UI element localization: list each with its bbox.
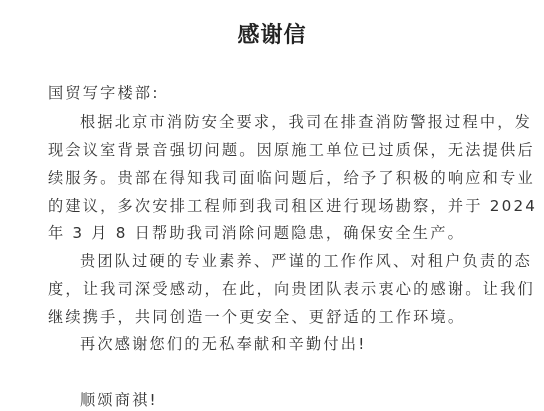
- paragraph-1-line-2: 现会议室背景音强切问题。因原施工单位已过质保，无法提供后: [48, 139, 535, 160]
- paragraph-1-line-5: 年 3 月 8 日帮助我司消除问题隐患，确保安全生产。: [48, 222, 465, 243]
- paragraph-2-line-3: 继续携手，共同创造一个更安全、更舒适的工作环境。: [48, 306, 465, 327]
- paragraph-1-line-1: 根据北京市消防安全要求，我司在排查消防警报过程中，发: [80, 111, 532, 132]
- paragraph-1-line-3: 续服务。贵部在得知我司面临问题后，给予了积极的响应和专业: [48, 167, 535, 188]
- paragraph-3-line-1: 再次感谢您们的无私奉献和辛勤付出!: [80, 333, 367, 354]
- closing: 顺颂商祺!: [80, 389, 158, 410]
- paragraph-2-line-1: 贵团队过硬的专业素养、严谨的工作作风、对租户负责的态: [80, 250, 532, 271]
- letter-title: 感谢信: [0, 18, 544, 49]
- paragraph-1-line-4: 的建议，多次安排工程师到我司租区进行现场勘察，并于 2024: [48, 195, 537, 216]
- paragraph-2-line-2: 度，让我司深受感动，在此，向贵团队表示衷心的感谢。让我们: [48, 278, 535, 299]
- salutation: 国贸写字楼部:: [48, 82, 160, 103]
